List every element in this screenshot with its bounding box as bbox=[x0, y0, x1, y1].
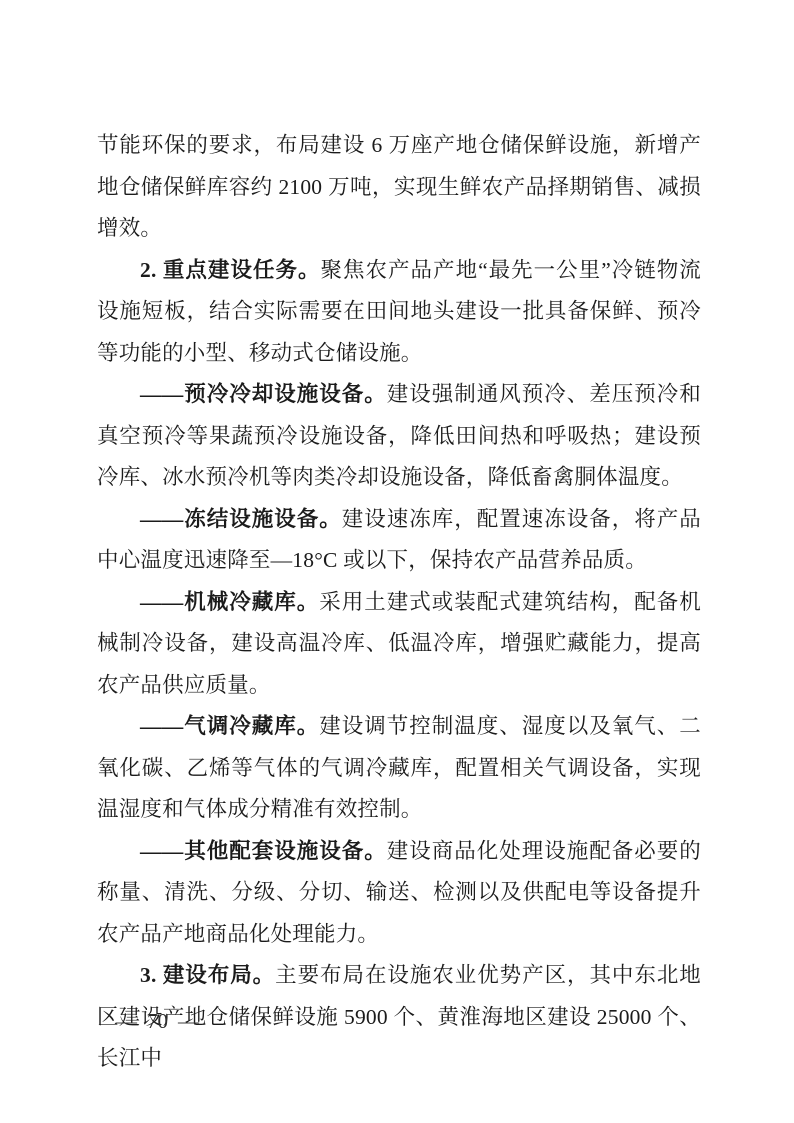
paragraph-precooling-facilities: ——预冷冷却设施设备。建设强制通风预冷、差压预冷和真空预冷等果蔬预冷设施设备，降… bbox=[97, 374, 701, 499]
paragraph-freezing-facilities: ——冻结设施设备。建设速冻库，配置速冻设备，将产品中心温度迅速降至—18°C 或… bbox=[97, 499, 701, 582]
paragraph-mechanical-cold-storage: ——机械冷藏库。采用土建式或装配式建筑结构，配备机械制冷设备，建设高温冷库、低温… bbox=[97, 582, 701, 707]
paragraph-continuation: 节能环保的要求，布局建设 6 万座产地仓储保鲜设施，新增产地仓储保鲜库容约 21… bbox=[97, 125, 701, 250]
paragraph-lead: 3. 建设布局。 bbox=[140, 963, 275, 987]
footer-left-dash: — bbox=[116, 1009, 137, 1033]
page-footer: —70— bbox=[116, 1006, 199, 1036]
paragraph-controlled-atmosphere-storage: ——气调冷藏库。建设调节控制温度、湿度以及氧气、二氧化碳、乙烯等气体的气调冷藏库… bbox=[97, 706, 701, 831]
paragraph-key-tasks: 2. 重点建设任务。聚焦农产品产地“最先一公里”冷链物流设施短板，结合实际需要在… bbox=[97, 250, 701, 375]
paragraph-other-supporting-facilities: ——其他配套设施设备。建设商品化处理设施配备必要的称量、清洗、分级、分切、输送、… bbox=[97, 831, 701, 956]
paragraph-text: 节能环保的要求，布局建设 6 万座产地仓储保鲜设施，新增产地仓储保鲜库容约 21… bbox=[97, 133, 701, 240]
paragraph-lead: ——其他配套设施设备。 bbox=[140, 839, 387, 863]
page-number: 70 bbox=[147, 1009, 168, 1033]
paragraph-lead: ——机械冷藏库。 bbox=[140, 590, 319, 614]
paragraph-lead: 2. 重点建设任务。 bbox=[140, 258, 321, 282]
paragraph-lead: ——预冷冷却设施设备。 bbox=[140, 382, 387, 406]
paragraph-lead: ——冻结设施设备。 bbox=[140, 507, 342, 531]
paragraph-lead: ——气调冷藏库。 bbox=[140, 714, 319, 738]
document-page: 节能环保的要求，布局建设 6 万座产地仓储保鲜设施，新增产地仓储保鲜库容约 21… bbox=[0, 0, 794, 1123]
document-body: 节能环保的要求，布局建设 6 万座产地仓储保鲜设施，新增产地仓储保鲜库容约 21… bbox=[97, 125, 701, 1080]
footer-right-dash: — bbox=[178, 1009, 199, 1033]
